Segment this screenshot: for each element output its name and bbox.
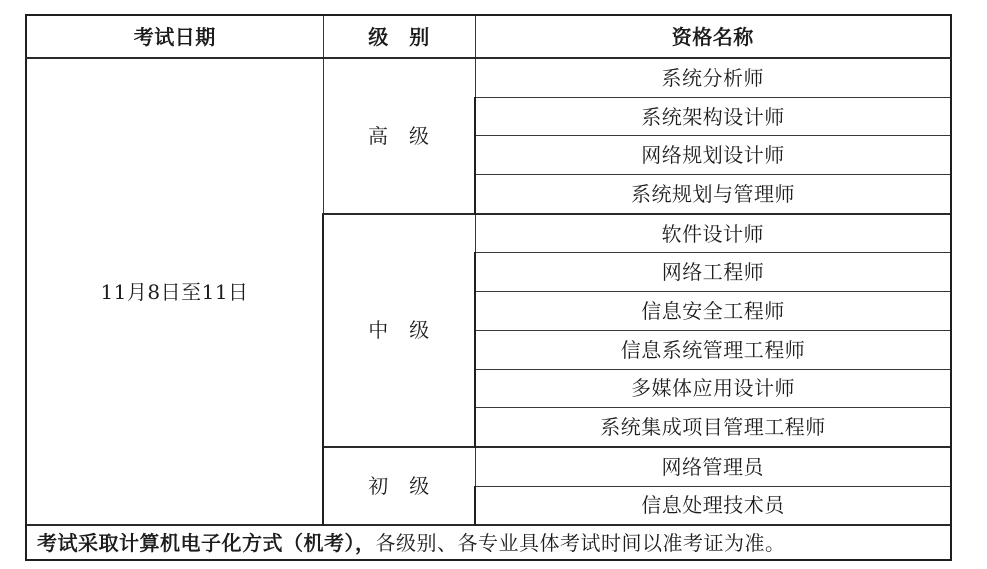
footer-note-regular: 各级别、各专业具体考试时间以准考证为准。 — [376, 531, 786, 555]
level-cell-advanced: 高 级 — [323, 58, 475, 214]
exam-date-cell: 11月8日至11日 — [26, 58, 323, 525]
qualification-cell: 系统架构设计师 — [475, 97, 951, 136]
qualification-cell: 系统集成项目管理工程师 — [475, 408, 951, 447]
table-row: 11月8日至11日 高 级 系统分析师 — [26, 58, 951, 97]
level-cell-intermediate: 中 级 — [323, 214, 475, 447]
header-level: 级 别 — [323, 15, 475, 58]
level-cell-junior: 初 级 — [323, 447, 475, 525]
qualification-cell: 系统规划与管理师 — [475, 175, 951, 214]
page: 考试日期 级 别 资格名称 11月8日至11日 高 级 系统分析师 系统架构设计… — [0, 0, 987, 569]
header-qualification-name: 资格名称 — [475, 15, 951, 58]
qualification-cell: 多媒体应用设计师 — [475, 369, 951, 408]
qualification-cell: 信息系统管理工程师 — [475, 330, 951, 369]
header-row: 考试日期 级 别 资格名称 — [26, 15, 951, 58]
qualification-cell: 系统分析师 — [475, 58, 951, 97]
footer-note: 考试采取计算机电子化方式（机考），各级别、各专业具体考试时间以准考证为准。 — [26, 525, 951, 560]
qualification-cell: 信息安全工程师 — [475, 292, 951, 331]
qualification-cell: 信息处理技术员 — [475, 486, 951, 525]
qualification-cell: 网络工程师 — [475, 253, 951, 292]
footer-row: 考试采取计算机电子化方式（机考），各级别、各专业具体考试时间以准考证为准。 — [26, 525, 951, 560]
qualification-cell: 网络管理员 — [475, 447, 951, 486]
exam-schedule-table: 考试日期 级 别 资格名称 11月8日至11日 高 级 系统分析师 系统架构设计… — [25, 14, 952, 561]
footer-note-bold: 考试采取计算机电子化方式（机考）， — [37, 531, 376, 555]
header-exam-date: 考试日期 — [26, 15, 323, 58]
qualification-cell: 网络规划设计师 — [475, 136, 951, 175]
qualification-cell: 软件设计师 — [475, 214, 951, 253]
